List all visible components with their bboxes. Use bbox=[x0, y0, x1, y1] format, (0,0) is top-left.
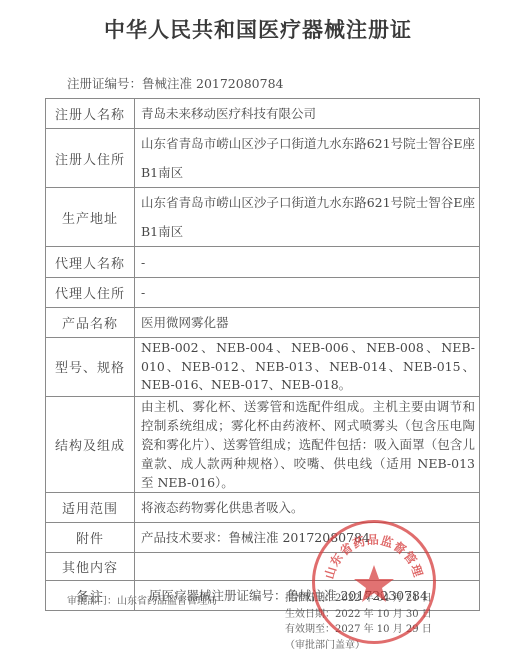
row-label: 结构及组成 bbox=[46, 396, 135, 492]
certificate-table: 注册人名称 青岛未来移动医疗科技有限公司 注册人住所 山东省青岛市崂山区沙子口街… bbox=[45, 98, 480, 611]
seal-note: （审批部门盖章） bbox=[285, 638, 432, 654]
row-label: 其他内容 bbox=[46, 552, 135, 580]
production-address-value: 山东省青岛市崂山区沙子口街道九水东路621号院士智谷E座B1南区 bbox=[135, 188, 480, 247]
dates-block: 批准日期：2022 年 04 月 21 日 生效日期：2022 年 10 月 3… bbox=[285, 591, 432, 653]
certificate-title: 中华人民共和国医疗器械注册证 bbox=[0, 14, 516, 44]
table-row: 生产地址 山东省青岛市崂山区沙子口街道九水东路621号院士智谷E座B1南区 bbox=[46, 188, 480, 247]
table-row: 附件 产品技术要求：鲁械注准 20172080784 bbox=[46, 522, 480, 552]
other-content-value bbox=[135, 552, 480, 580]
agent-address-value: - bbox=[135, 278, 480, 308]
row-label: 代理人住所 bbox=[46, 278, 135, 308]
structure-composition-value: 由主机、雾化杯、送雾管和选配件组成。主机主要由调节和控制系统组成；雾化杯由药液杯… bbox=[135, 396, 480, 492]
row-label: 代理人名称 bbox=[46, 247, 135, 278]
table-row: 代理人名称 - bbox=[46, 247, 480, 278]
row-label: 附件 bbox=[46, 522, 135, 552]
table-row: 代理人住所 - bbox=[46, 278, 480, 308]
row-label: 型号、规格 bbox=[46, 338, 135, 397]
approval-date: 批准日期：2022 年 04 月 21 日 bbox=[285, 591, 432, 607]
table-row: 适用范围 将液态药物雾化供患者吸入。 bbox=[46, 492, 480, 522]
scope-of-use-value: 将液态药物雾化供患者吸入。 bbox=[135, 492, 480, 522]
table-row: 注册人名称 青岛未来移动医疗科技有限公司 bbox=[46, 99, 480, 129]
model-spec-value: NEB-002、NEB-004、NEB-006、NEB-008、NEB-010、… bbox=[135, 338, 480, 397]
effective-date: 生效日期：2022 年 10 月 30 日 bbox=[285, 607, 432, 623]
table-row: 其他内容 bbox=[46, 552, 480, 580]
approval-department: 审批部门：山东省药品监督管理局 bbox=[67, 592, 217, 607]
agent-name-value: - bbox=[135, 247, 480, 278]
valid-until-date: 有效期至：2027 年 10 月 29 日 bbox=[285, 622, 432, 638]
row-label: 生产地址 bbox=[46, 188, 135, 247]
attachment-value: 产品技术要求：鲁械注准 20172080784 bbox=[135, 522, 480, 552]
table-row: 结构及组成 由主机、雾化杯、送雾管和选配件组成。主机主要由调节和控制系统组成；雾… bbox=[46, 396, 480, 492]
table-row: 产品名称 医用微网雾化器 bbox=[46, 308, 480, 338]
table-row: 型号、规格 NEB-002、NEB-004、NEB-006、NEB-008、NE… bbox=[46, 338, 480, 397]
product-name-value: 医用微网雾化器 bbox=[135, 308, 480, 338]
table-row: 注册人住所 山东省青岛市崂山区沙子口街道九水东路621号院士智谷E座B1南区 bbox=[46, 129, 480, 188]
registration-number-label: 注册证编号： bbox=[67, 76, 142, 91]
row-label: 适用范围 bbox=[46, 492, 135, 522]
row-label: 注册人名称 bbox=[46, 99, 135, 129]
row-label: 注册人住所 bbox=[46, 129, 135, 188]
row-label: 产品名称 bbox=[46, 308, 135, 338]
registrant-address-value: 山东省青岛市崂山区沙子口街道九水东路621号院士智谷E座B1南区 bbox=[135, 129, 480, 188]
registration-number-line: 注册证编号：鲁械注准 20172080784 bbox=[67, 74, 283, 92]
registration-number-value: 鲁械注准 20172080784 bbox=[142, 76, 283, 91]
registrant-name-value: 青岛未来移动医疗科技有限公司 bbox=[135, 99, 480, 129]
